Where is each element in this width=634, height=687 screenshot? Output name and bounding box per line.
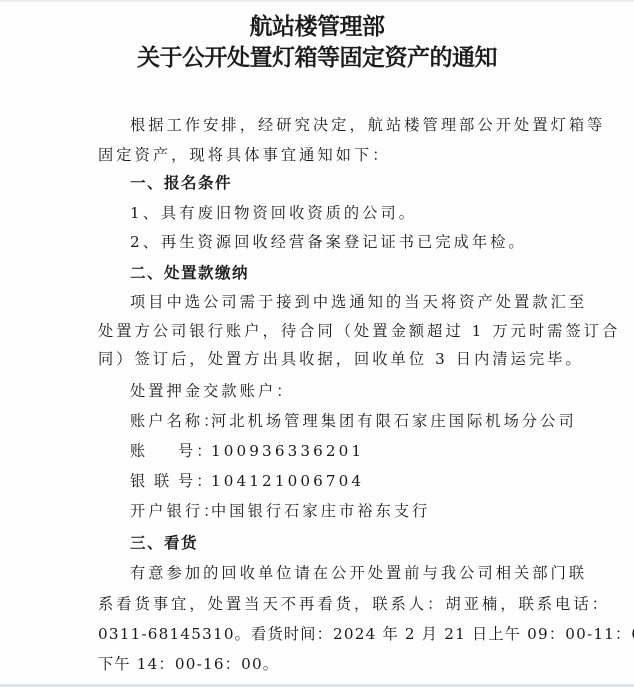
section3-para-line-1: 有意参加的回收单位请在公开处置前与我公司相关部门联: [130, 563, 587, 583]
section2-heading: 二、处置款缴纳: [130, 263, 249, 283]
section3-para-line-2: 系看货事宜，处置当天不再看货，联系人：胡亚楠，联系电话：: [98, 594, 610, 614]
section2-para-line-3: 同）签订后，处置方出具收据，回收单位 3 日内清运完毕。: [98, 349, 584, 369]
bank-value: 中国银行石家庄市裕东支行: [211, 501, 430, 521]
unionpay-label-a: 银: [130, 471, 148, 491]
unionpay-label-c: 号：: [178, 471, 215, 491]
document-page: 航站楼管理部 关于公开处置灯箱等固定资产的通知 根据工作安排，经研究决定，航站楼…: [0, 0, 634, 687]
account-name-value: 河北机场管理集团有限石家庄国际机场分公司: [211, 411, 577, 431]
unionpay-value: 104121006704: [211, 471, 364, 491]
account-number-value: 100936336201: [211, 441, 364, 461]
unionpay-row: 银 联 号： 104121006704: [0, 471, 634, 493]
title-line-1: 航站楼管理部: [0, 13, 634, 41]
section1-item-1: 1、具有废旧物资回收资质的公司。: [130, 203, 417, 223]
bank-row: 开户银行： 中国银行石家庄市裕东支行: [0, 501, 634, 523]
section1-item-2: 2、再生资源回收经营备案登记证书已完成年检。: [130, 232, 527, 252]
title-line-2: 关于公开处置灯箱等固定资产的通知: [0, 44, 634, 72]
section2-para-line-1: 项目中选公司需于接到中选通知的当天将资产处置款汇至: [130, 292, 587, 312]
section2-para-line-2: 处置方公司银行账户，待合同（处置金额超过 1 万元时需签订合: [98, 321, 620, 341]
unionpay-label-b: 联: [154, 471, 172, 491]
section3-para-line-3: 0311-68145310。看货时间：2024 年 2 月 21 日上午 09：…: [98, 624, 634, 644]
intro-line-1: 根据工作安排，经研究决定，航站楼管理部公开处置灯箱等: [130, 115, 605, 135]
account-intro: 处置押金交款账户：: [130, 381, 295, 401]
bank-label: 开户银行：: [130, 501, 221, 521]
section3-para-line-4: 下午 14：00-16：00。: [98, 654, 279, 674]
intro-line-2: 固定资产，现将具体事宜通知如下：: [98, 145, 391, 165]
account-number-label-a: 账: [130, 441, 148, 461]
account-number-label-b: 号：: [178, 441, 215, 461]
account-name-row: 账户名称： 河北机场管理集团有限石家庄国际机场分公司: [0, 411, 634, 433]
section1-heading: 一、报名条件: [130, 173, 232, 193]
account-number-row: 账 号： 100936336201: [0, 441, 634, 463]
section3-heading: 三、看货: [130, 533, 198, 553]
account-name-label: 账户名称：: [130, 411, 221, 431]
top-edge: [0, 0, 634, 2]
